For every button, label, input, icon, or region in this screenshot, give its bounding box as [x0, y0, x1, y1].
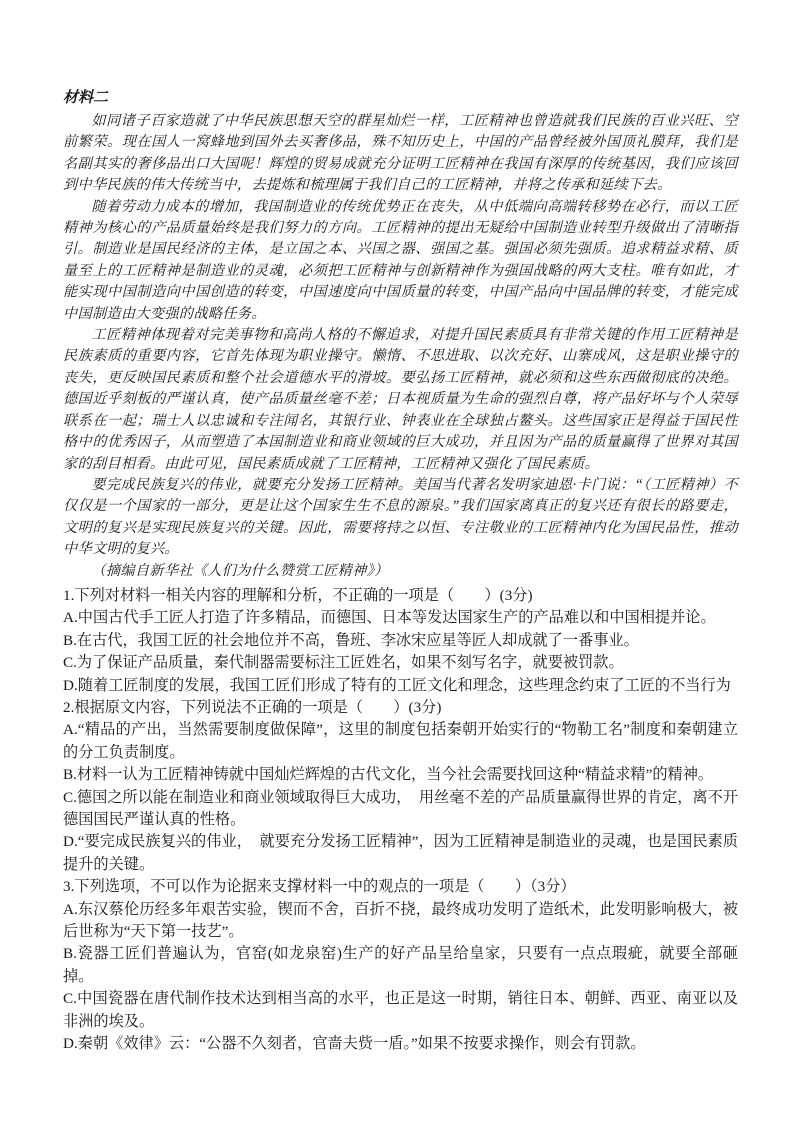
question-1-option-d: D.随着工匠制度的发展，我国工匠们形成了特有的工匠文化和理念，这些理念约束了工匠… [63, 675, 738, 697]
question-1-option-c: C.为了保证产品质量，秦代制器需要标注工匠姓名，如果不刻写名字，就要被罚款。 [63, 652, 738, 674]
material-section: 材料二 如同诸子百家造就了中华民族思想天空的群星灿烂一样，工匠精神也曾造就我们民… [63, 88, 738, 582]
question-3-option-d: D.秦朝《效律》云：“公器不久刻者，官啬夫赀一盾。”如果不按要求操作，则会有罚款… [63, 1033, 738, 1055]
question-2-option-c: C.德国之所以能在制造业和商业领域取得巨大成功， 用丝毫不差的产品质量赢得世界的… [63, 787, 738, 832]
question-1-stem: 1.下列对材料一相关内容的理解和分析，不正确的一项是（ ）(3分) [63, 585, 738, 607]
question-2-stem: 2.根据原文内容，下列说法不正确的一项是（ ）(3分) [63, 697, 738, 719]
exam-page: 材料二 如同诸子百家造就了中华民族思想天空的群星灿烂一样，工匠精神也曾造就我们民… [0, 0, 794, 1123]
material-paragraph-2: 随着劳动力成本的增加，我国制造业的传统优势正在丧失，从中低端向高端转移势在必行，… [63, 197, 738, 325]
question-3-option-c: C.中国瓷器在唐代制作技术达到相当高的水平，也正是这一时期，销往日本、朝鲜、西亚… [63, 988, 738, 1033]
question-3-option-b: B.瓷器工匠们普遍认为，官窑(如龙泉窑)生产的好产品呈给皇家，只要有一点点瑕疵，… [63, 943, 738, 988]
question-2-option-d: D.“要完成民族复兴的伟业， 就要充分发扬工匠精神”，因为工匠精神是制造业的灵魂… [63, 831, 738, 876]
material-paragraph-3: 工匠精神体现着对完美事物和高尚人格的不懈追求，对提升国民素质具有非常关键的作用工… [63, 325, 738, 475]
question-2-option-b: B.材料一认为工匠精神铸就中国灿烂辉煌的古代文化，当今社会需要找回这种“精益求精… [63, 764, 738, 786]
material-paragraph-4: 要完成民族复兴的伟业，就要充分发扬工匠精神。美国当代著名发明家迪恩·卡门说：“（… [63, 475, 738, 561]
questions-section: 1.下列对材料一相关内容的理解和分析，不正确的一项是（ ）(3分) A.中国古代… [63, 585, 738, 1056]
question-3-stem: 3.下列选项，不可以作为论据来支撑材料一中的观点的一项是（ ）（3分） [63, 876, 738, 898]
attribution-line: （摘编自新华社《人们为什么赞赏工匠精神》） [63, 561, 738, 582]
question-2-option-a: A.“精品的产出，当然需要制度做保障”，这里的制度包括秦朝开始实行的“物勒工名”… [63, 719, 738, 764]
question-3-option-a: A.东汉蔡伦历经多年艰苦实验，锲而不舍，百折不挠，最终成功发明了造纸术，此发明影… [63, 899, 738, 944]
material-paragraph-1: 如同诸子百家造就了中华民族思想天空的群星灿烂一样，工匠精神也曾造就我们民族的百业… [63, 111, 738, 197]
material-label: 材料二 [63, 88, 738, 109]
question-1-option-b: B.在古代，我国工匠的社会地位并不高，鲁班、李冰宋应星等匠人却成就了一番事业。 [63, 630, 738, 652]
question-1-option-a: A.中国古代手工匠人打造了许多精品，而德国、日本等发达国家生产的产品难以和中国相… [63, 607, 738, 629]
